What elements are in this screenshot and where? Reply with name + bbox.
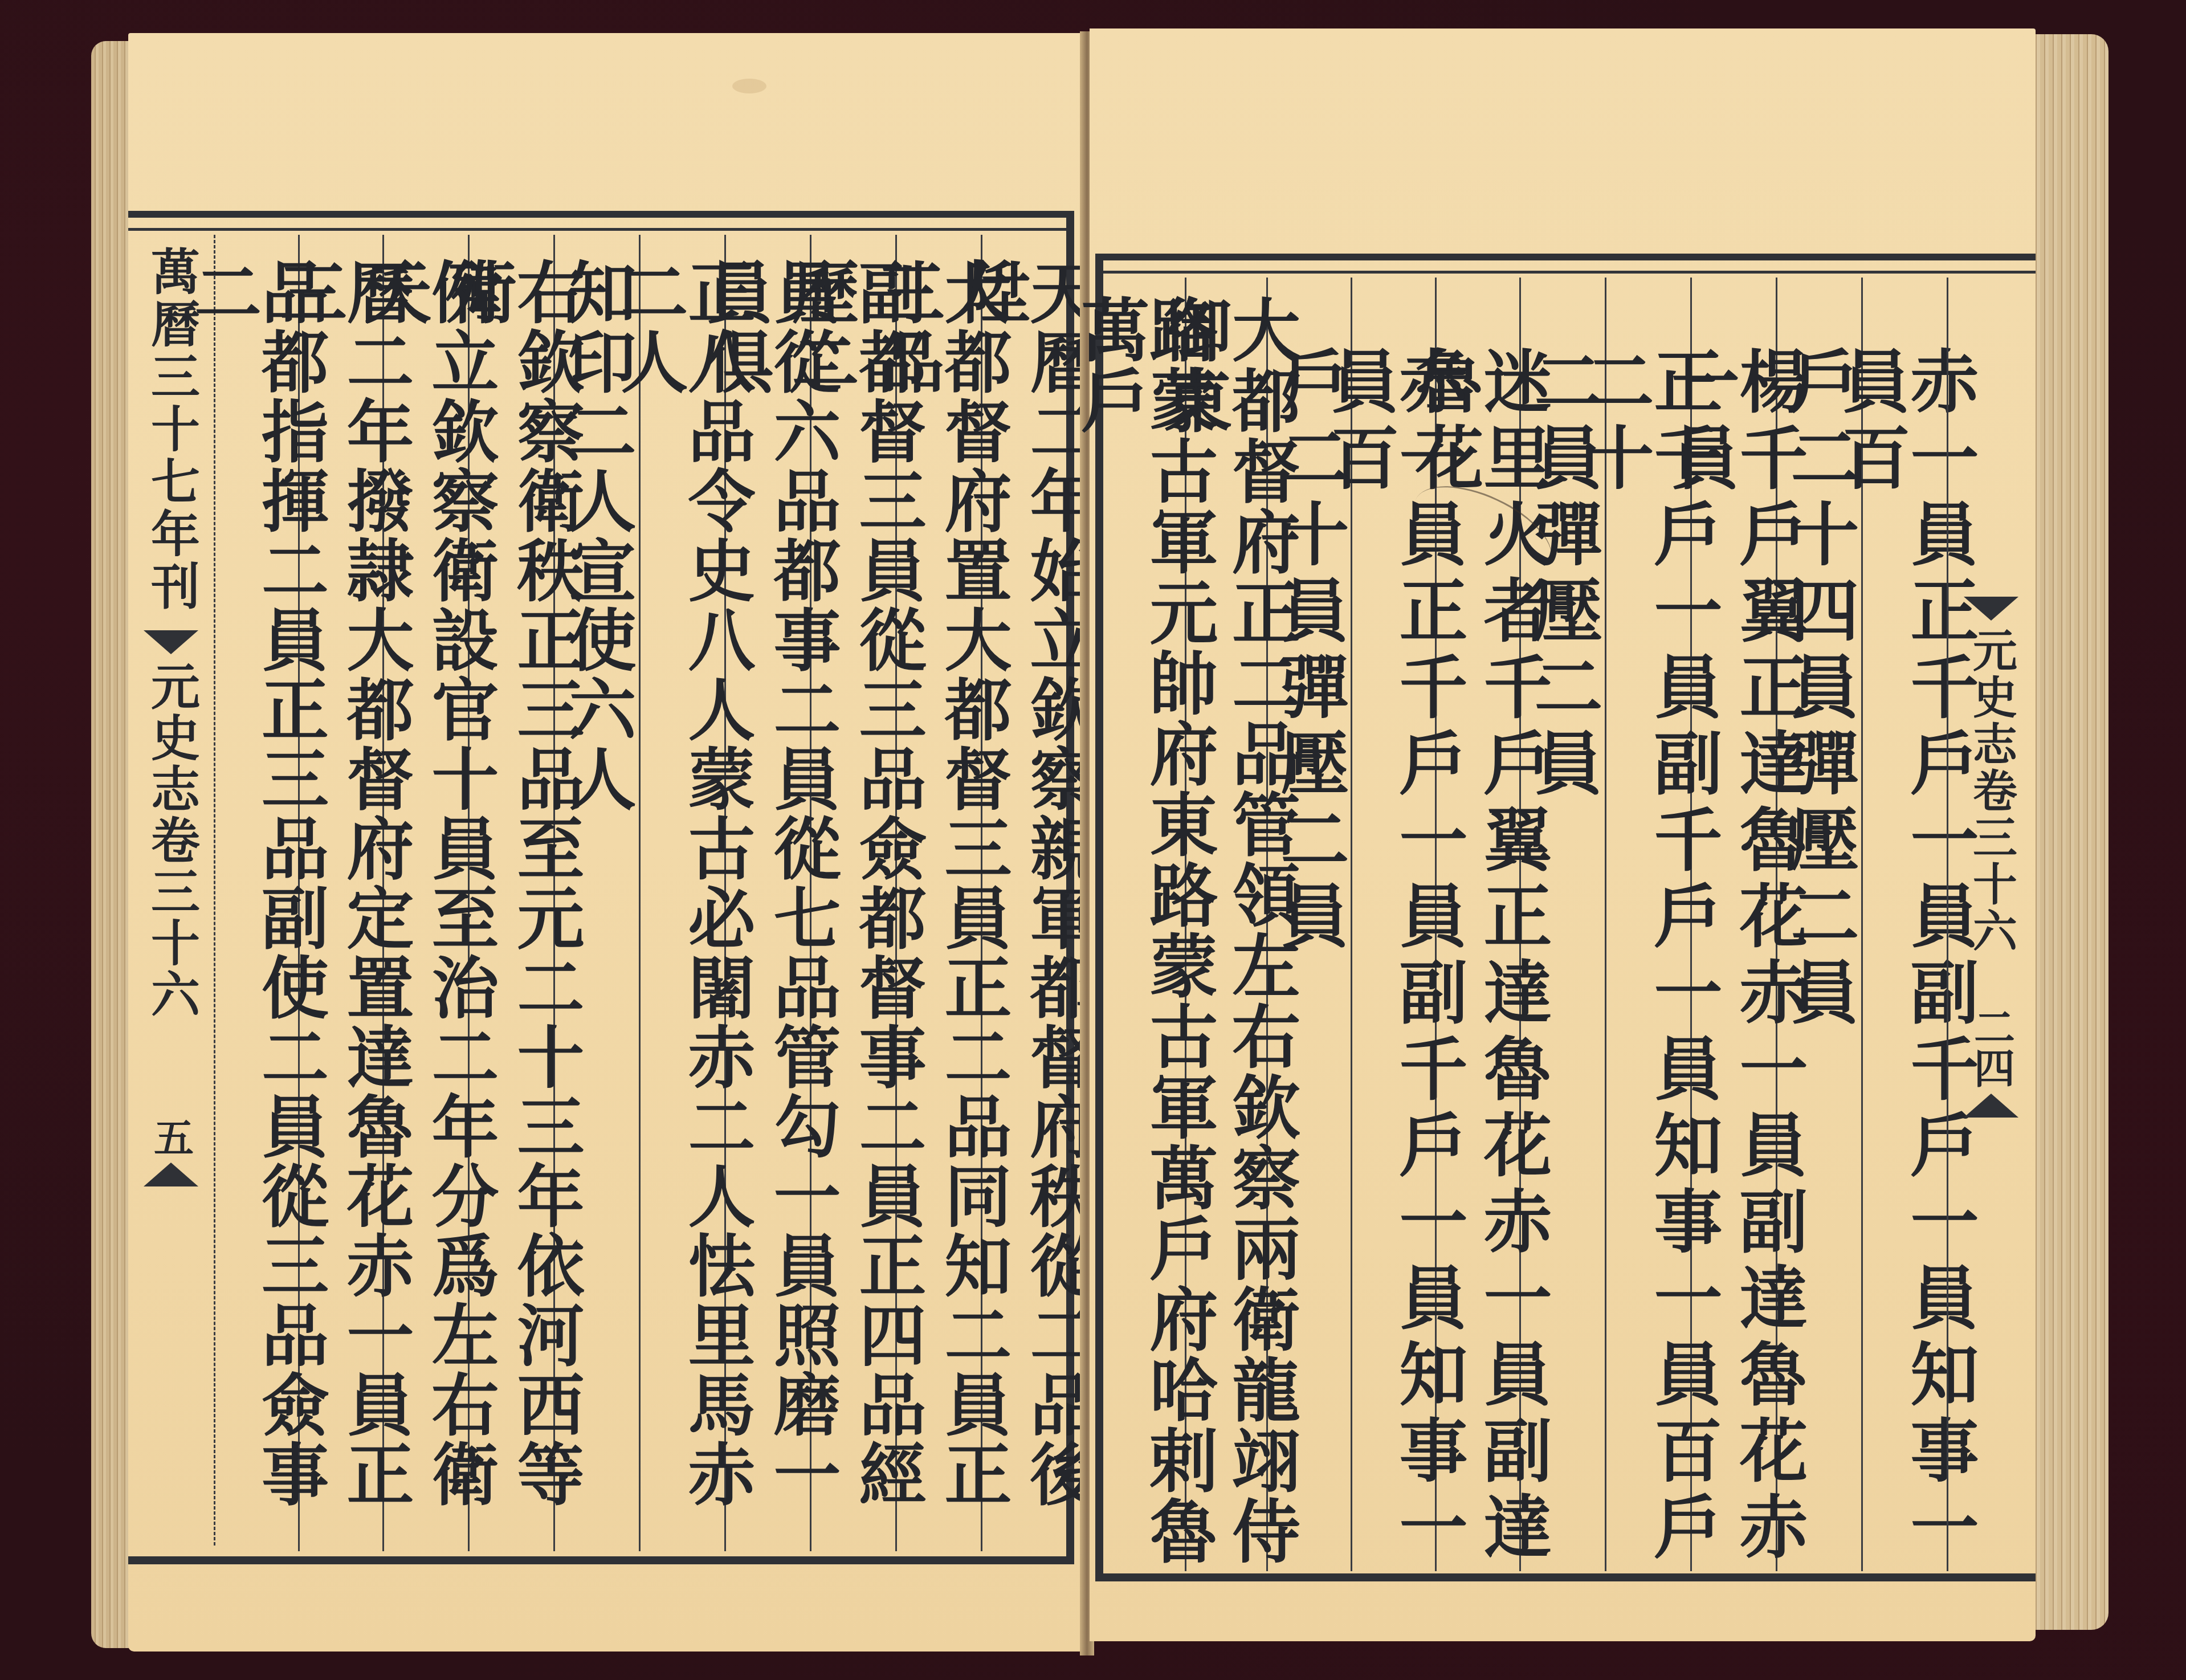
text-column: 正八品令史八人蒙古必闍赤二人怯里馬赤二人 bbox=[639, 235, 724, 1551]
left-print-frame: 萬曆三十七年刊 元史志卷三十六 五 天曆二年始立欽察親軍都督府秩從二品後陞 大都… bbox=[128, 211, 1074, 1564]
text-column: 品都指揮二員正三品副使二員從三品僉事二 bbox=[214, 235, 298, 1551]
page-number: 二四 bbox=[1961, 1006, 2021, 1088]
text-column: 正千戶一員副千戶一員知事一員百戶二十 bbox=[1605, 278, 1690, 1571]
text-column: 赤一員正千戶一員副千戶一員知事一員百 bbox=[1351, 278, 1435, 1571]
right-page-edges bbox=[2032, 34, 2108, 1630]
volume-label: 元史志卷三十六 bbox=[1959, 627, 2023, 955]
text-column: 路蒙古軍元帥府東路蒙古軍萬戶府哈剌魯萬戶 bbox=[1103, 278, 1185, 1571]
right-text-columns: 赤一員正千戶一員副千戶一員知事一員百 戶二十四員彈壓二員 楊千戶翼正達魯花赤一員… bbox=[1103, 278, 1947, 1571]
left-text-columns: 天曆二年始立欽察親軍都督府秩從二品後陞 大都督府置大都督三員正二品同知二員正三品… bbox=[214, 235, 1066, 1551]
right-frame-inner-rule bbox=[1103, 271, 2036, 274]
paper-stain bbox=[732, 79, 766, 93]
right-page: 赤一員正千戶一員副千戶一員知事一員百 戶二十四員彈壓二員 楊千戶翼正達魯花赤一員… bbox=[1090, 28, 2036, 1641]
right-print-frame: 赤一員正千戶一員副千戶一員知事一員百 戶二十四員彈壓二員 楊千戶翼正達魯花赤一員… bbox=[1095, 254, 2036, 1581]
right-margin-strip: 元史志卷三十六 二四 bbox=[1947, 278, 2034, 1571]
text-column: 赤一員正千戶一員副千戶一員知事一員百 bbox=[1861, 278, 1947, 1571]
fishtail-lower-icon bbox=[1964, 1094, 2018, 1118]
fishtail-upper-icon bbox=[1964, 597, 2018, 621]
left-page: 萬曆三十七年刊 元史志卷三十六 五 天曆二年始立欽察親軍都督府秩從二品後陞 大都… bbox=[128, 33, 1086, 1652]
left-page-edges bbox=[91, 41, 131, 1648]
left-frame-inner-rule bbox=[128, 228, 1066, 231]
